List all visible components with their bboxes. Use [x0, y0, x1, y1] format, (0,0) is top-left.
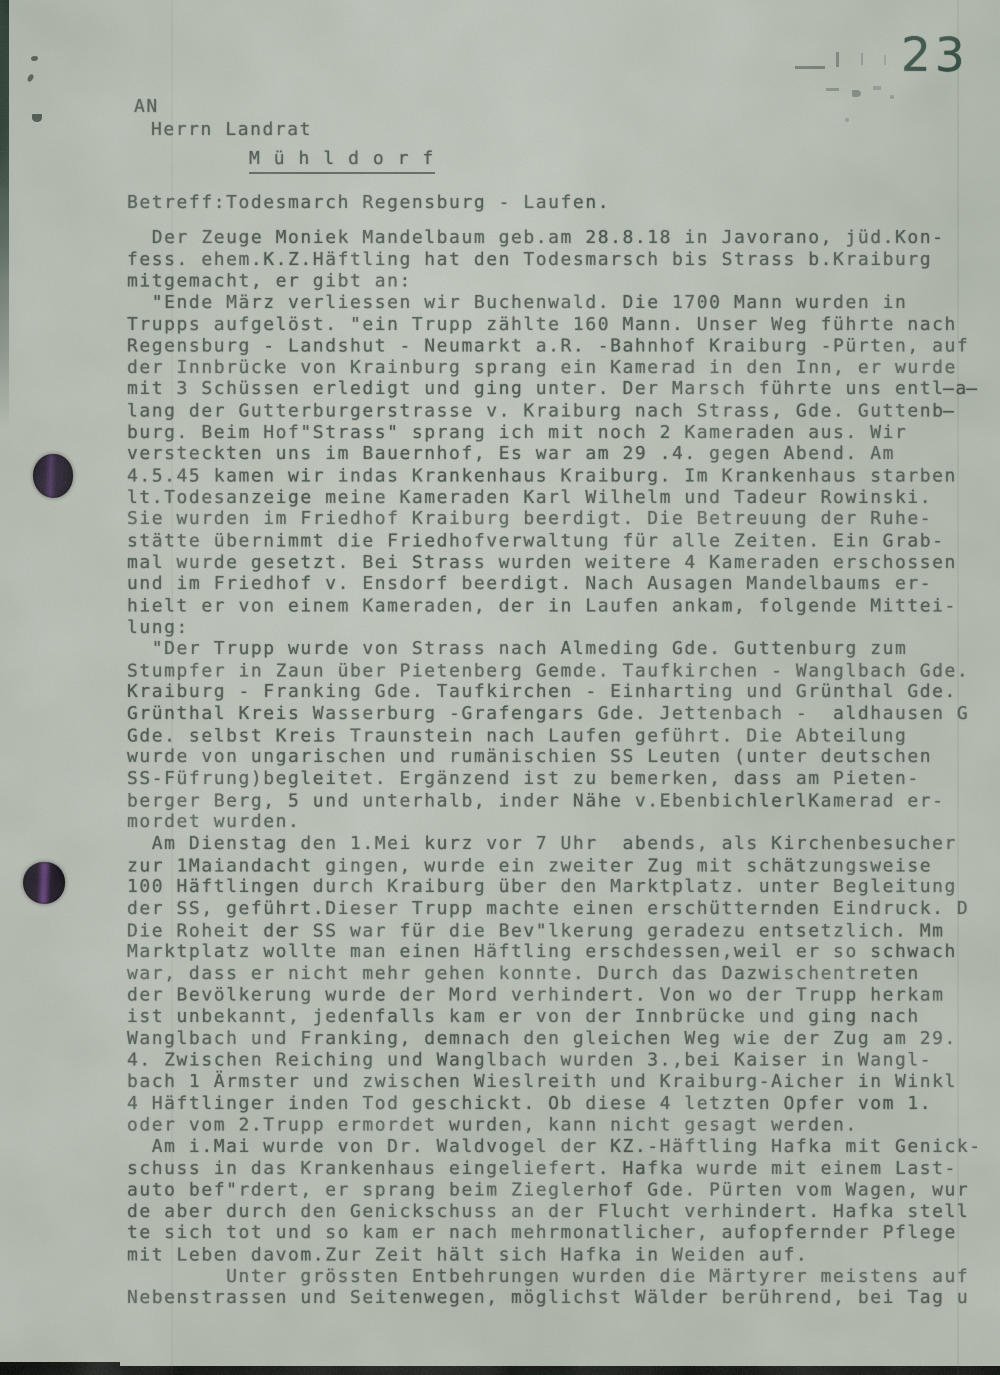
- text-line: de aber durch den Genickschuss an der Fl…: [127, 1201, 982, 1223]
- text-line: lang der Gutterburgerstrasse v. Kraiburg…: [127, 401, 982, 423]
- ink-smudge: [890, 95, 894, 99]
- text-line: mit 3 Schüssen erledigt und ging unter. …: [127, 378, 982, 400]
- text-line: der Bevölkerung wurde der Mord verhinder…: [127, 985, 982, 1007]
- text-line: Der Zeuge Moniek Mandelbaum geb.am 28.8.…: [127, 227, 982, 249]
- text-line: "Ende März verliessen wir Buchenwald. Di…: [127, 292, 982, 314]
- text-line: mal wurde gesetzt. Bei Strass wurden wei…: [127, 552, 982, 574]
- ink-smudge: [836, 52, 839, 67]
- text-line: lung:: [127, 617, 982, 639]
- text-line: mit Leben davom.Zur Zeit hält sich Hafka…: [127, 1245, 982, 1267]
- ink-smudge: [884, 55, 886, 65]
- text-line: Am Dienstag den 1.Mei kurz vor 7 Uhr abe…: [127, 833, 982, 855]
- text-line: "Der Trupp wurde von Strass nach Almedin…: [127, 638, 982, 660]
- text-line: Die Roheit der SS war für die Bev"lkerun…: [127, 920, 982, 942]
- text-line: zur 1Maiandacht gingen, wurde ein zweite…: [127, 855, 982, 877]
- text-line: Sie wurden im Friedhof Kraiburg beerdigt…: [127, 508, 982, 530]
- text-line: der Innbrücke von Krainburg sprang ein K…: [127, 357, 982, 379]
- text-line: stätte übernimmt die Friedhofverwaltung …: [127, 530, 982, 552]
- ink-smudge: [826, 88, 839, 91]
- ink-speck: [27, 73, 35, 82]
- ink-smudge: [852, 90, 861, 97]
- text-line: hielt er von einem Kameraden, der in Lau…: [127, 595, 982, 617]
- text-line: SS-Füfrung)begleitet. Ergänzend ist zu b…: [127, 768, 982, 790]
- scan-edge-left: [0, 0, 9, 430]
- text-line: versteckten uns im Bauernhof, Es war am …: [127, 443, 982, 465]
- ink-speck: [32, 114, 42, 122]
- text-line: Gde. selbst Kreis Traunstein nach Laufen…: [127, 725, 982, 747]
- text-line: mitgemacht, er gibt an:: [127, 271, 982, 293]
- text-line: Regensburg - Landshut - Neumarkt a.R. -B…: [127, 336, 982, 358]
- text-line: lt.Todesanzeige meine Kameraden Karl Wil…: [127, 487, 982, 509]
- text-line: te sich tot und so kam er nach mehrmonat…: [127, 1222, 982, 1244]
- text-line: Wanglbach und Franking, demnach den glei…: [127, 1028, 982, 1050]
- text-line: Am i.Mai wurde von Dr. Waldvogel der KZ.…: [127, 1136, 982, 1158]
- text-line: Kraiburg - Franking Gde. Taufkirchen - E…: [127, 681, 982, 703]
- scanned-document-page: 23 AN Herrn Landrat M ü h l d o r f Betr…: [0, 0, 1000, 1375]
- text-line: 4.5.45 kamen wir indas Krankenhaus Kraib…: [127, 465, 982, 487]
- text-line: war, dass er nicht mehr gehen konnte. Du…: [127, 963, 982, 985]
- text-line: bach 1 Ärmster und zwischen Wieslreith u…: [127, 1071, 982, 1093]
- text-line: 4 Häftlinger inden Tod geschickt. Ob die…: [127, 1093, 982, 1115]
- text-line: der SS, geführt.Dieser Trupp machte eine…: [127, 898, 982, 920]
- recipient-salutation: AN: [134, 96, 159, 117]
- text-line: 100 Häftlingen durch Kraiburg über den M…: [127, 876, 982, 898]
- text-line: Stumpfer in Zaun über Pietenberg Gemde. …: [127, 660, 982, 682]
- text-line: schuss in das Krankenhaus eingeliefert. …: [127, 1158, 982, 1180]
- text-line: ist unbekannt, jedenfalls kam er von der…: [127, 1006, 982, 1028]
- text-line: Marktplatz wollte man einen Häftling ers…: [127, 941, 982, 963]
- ink-smudge: [845, 118, 849, 122]
- punch-hole-top: [33, 454, 73, 498]
- letter-body: Der Zeuge Moniek Mandelbaum geb.am 28.8.…: [127, 227, 982, 1309]
- text-line: oder vom 2.Trupp ermordet wurden, kann n…: [127, 1115, 982, 1137]
- text-line: 4. Zwischen Reiching und Wanglbach wurde…: [127, 1050, 982, 1072]
- text-line: auto bef"rdert, er sprang beim Zieglerho…: [127, 1180, 982, 1202]
- text-line: Trupps aufgelöst. "ein Trupp zählte 160 …: [127, 314, 982, 336]
- text-line: mordet wurden.: [127, 811, 982, 833]
- text-line: burg. Beim Hof"Strass" sprang ich mit no…: [127, 422, 982, 444]
- text-line: Nebenstrassen und Seitenwegen, möglichst…: [127, 1287, 982, 1309]
- text-line: fess. ehem.K.Z.Häftling hat den Todesmar…: [127, 249, 982, 271]
- ink-smudge: [873, 86, 881, 90]
- subject-line: Betreff:Todesmarch Regensburg - Laufen.: [127, 192, 610, 213]
- punch-hole-bottom: [23, 862, 65, 904]
- text-line: wurde von ungarischen und rumänischien S…: [127, 746, 982, 768]
- recipient-name: Herrn Landrat: [151, 119, 312, 140]
- text-line: Unter grössten Entbehrungen wurden die M…: [127, 1266, 982, 1288]
- ink-speck: [31, 56, 38, 61]
- text-line: und im Friedhof v. Ensdorf beerdigt. Nac…: [127, 573, 982, 595]
- ink-smudge: [861, 53, 863, 65]
- text-line: berger Berg, 5 und unterhalb, inder Nähe…: [127, 790, 982, 812]
- recipient-city-underlined: M ü h l d o r f: [249, 148, 435, 174]
- ink-smudge: [795, 66, 825, 69]
- page-number: 23: [901, 28, 969, 83]
- text-line: Grünthal Kreis Wasserburg -Grafengars Gd…: [127, 703, 982, 725]
- scan-edge-bottom: [0, 1366, 1000, 1375]
